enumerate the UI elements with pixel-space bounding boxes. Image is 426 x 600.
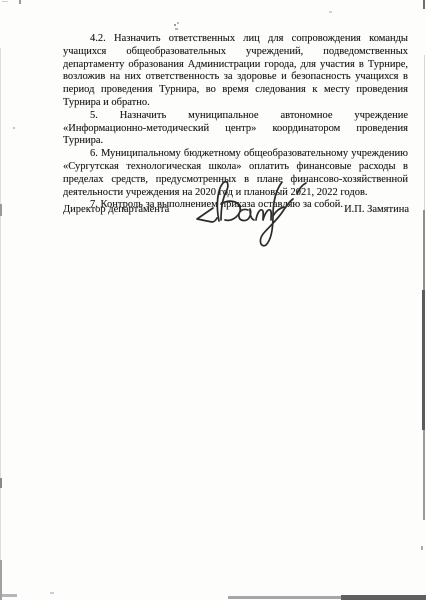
scan-artifact-right-edge — [424, 55, 425, 210]
scan-artifact-speck — [175, 28, 178, 30]
scan-artifact-speck — [174, 24, 176, 26]
signer-name: И.П. Замятина — [344, 204, 409, 216]
scan-artifact-left-edge — [0, 478, 2, 488]
scan-artifact-speck — [19, 0, 21, 4]
scan-artifact-right-edge — [421, 546, 423, 550]
scan-artifact-speck — [2, 1, 8, 2]
scan-artifact-left-edge — [0, 204, 2, 216]
scan-artifact-speck — [329, 11, 332, 13]
handwritten-signature-icon — [185, 174, 310, 256]
scan-artifact-right-edge — [423, 210, 425, 290]
scan-artifact-left-edge — [0, 48, 1, 600]
scan-artifact-speck — [13, 127, 15, 129]
signer-title: Директор департамента — [63, 204, 169, 216]
scan-artifact-right-edge — [423, 0, 425, 9]
document-page: 4.2. Назначить ответственных лиц для соп… — [0, 0, 426, 600]
scan-artifact-bottom-edge — [2, 594, 17, 597]
paragraph-5: 5. Назначить муниципальное автономное уч… — [63, 110, 408, 148]
paragraph-4-2: 4.2. Назначить ответственных лиц для соп… — [63, 33, 408, 110]
scan-artifact-bottom-edge — [341, 595, 426, 600]
scan-artifact-right-edge — [422, 290, 425, 430]
scan-artifact-right-edge — [423, 430, 425, 520]
scan-artifact-speck — [50, 592, 54, 594]
scan-artifact-bottom-edge — [228, 596, 343, 599]
scan-artifact-speck — [177, 22, 179, 24]
scan-artifact-left-edge — [0, 560, 2, 600]
